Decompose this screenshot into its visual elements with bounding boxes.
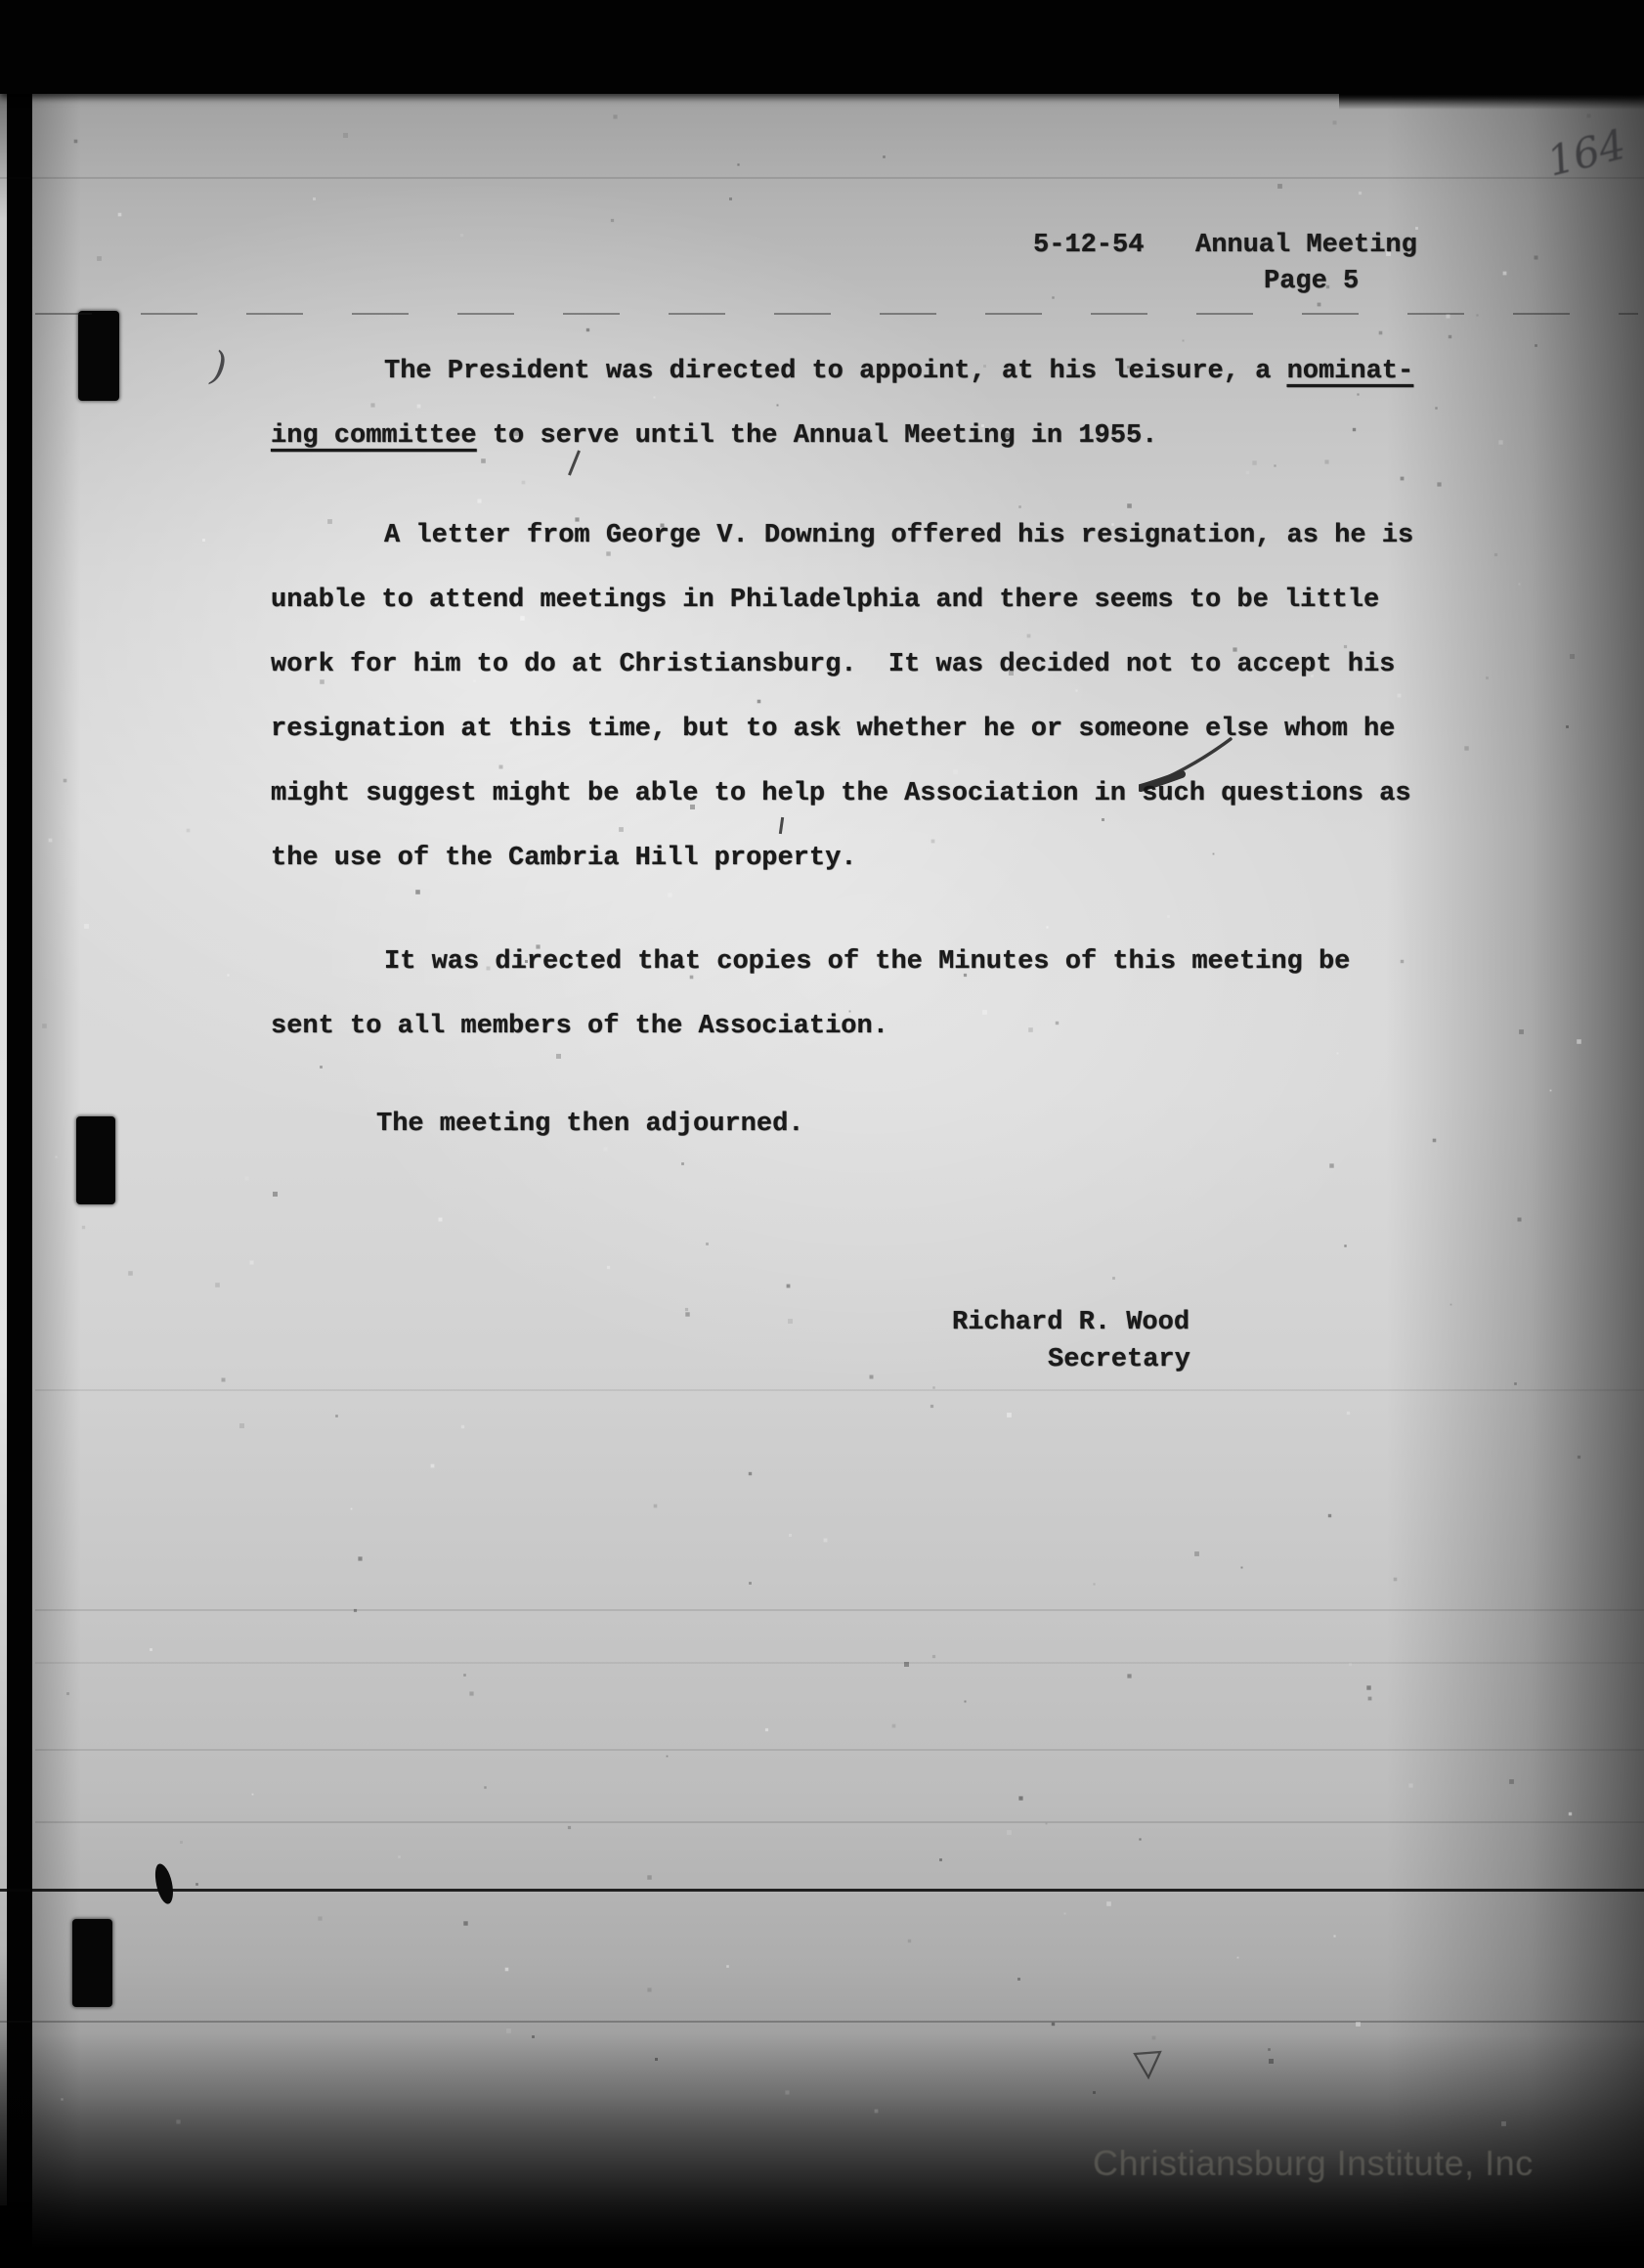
underlined-text: ing committee — [271, 421, 477, 451]
typed-text: unable to attend meetings in Philadelphi… — [271, 586, 1379, 615]
scan-line — [35, 1821, 1644, 1823]
typed-text: sent to all members of the Association. — [271, 1012, 888, 1041]
scan-line — [35, 313, 1638, 315]
typed-text: It was directed that copies of the Minut… — [384, 947, 1350, 977]
scan-line — [0, 1889, 1644, 1892]
typed-text: A letter from George V. Downing offered … — [384, 521, 1413, 550]
binding-mark — [76, 1116, 115, 1204]
pen-stroke — [1139, 725, 1236, 794]
scan-line — [35, 1662, 1644, 1664]
typed-text: work for him to do at Christiansburg. It… — [271, 650, 1395, 679]
watermark: Christiansburg Institute, Inc — [1093, 2143, 1534, 2184]
typed-line: The meeting then adjourned. — [376, 1110, 803, 1139]
scan-line — [0, 177, 1644, 179]
header-date: 5-12-54 — [1033, 231, 1144, 260]
underlined-text: nominat- — [1287, 357, 1414, 386]
typed-text: the use of the Cambria Hill property. — [271, 844, 857, 873]
scan-line — [35, 1609, 1644, 1611]
typed-text: might suggest might be able to help the … — [271, 779, 1411, 808]
binding-mark — [72, 1919, 112, 2007]
typed-line: ing committee to serve until the Annual … — [271, 421, 1157, 451]
scan-line — [35, 1749, 1644, 1751]
typed-line: The President was directed to appoint, a… — [384, 357, 1413, 386]
typed-line: might suggest might be able to help the … — [271, 779, 1411, 808]
scan-line — [0, 2021, 1644, 2023]
typed-text: The President was directed to appoint, a… — [384, 357, 1287, 386]
typed-text: The meeting then adjourned. — [376, 1110, 803, 1139]
scanned-page — [32, 94, 1644, 2268]
typed-line: sent to all members of the Association. — [271, 1012, 888, 1041]
typed-line: It was directed that copies of the Minut… — [384, 947, 1350, 977]
signature-role: Secretary — [1048, 1345, 1190, 1374]
header-page: Page 5 — [1264, 267, 1359, 296]
triangle-mark — [1132, 2049, 1163, 2080]
typed-line: the use of the Cambria Hill property. — [271, 844, 857, 873]
typed-line: A letter from George V. Downing offered … — [384, 521, 1413, 550]
typed-text: to serve until the Annual Meeting in 195… — [477, 421, 1158, 451]
binding-mark — [78, 311, 119, 401]
scan-top-border-right — [1339, 0, 1644, 109]
typed-line: work for him to do at Christiansburg. It… — [271, 650, 1395, 679]
scan-line — [35, 1389, 1644, 1391]
typed-line: unable to attend meetings in Philadelphi… — [271, 586, 1379, 615]
header-title: Annual Meeting — [1195, 231, 1417, 260]
signature-name: Richard R. Wood — [952, 1308, 1190, 1337]
